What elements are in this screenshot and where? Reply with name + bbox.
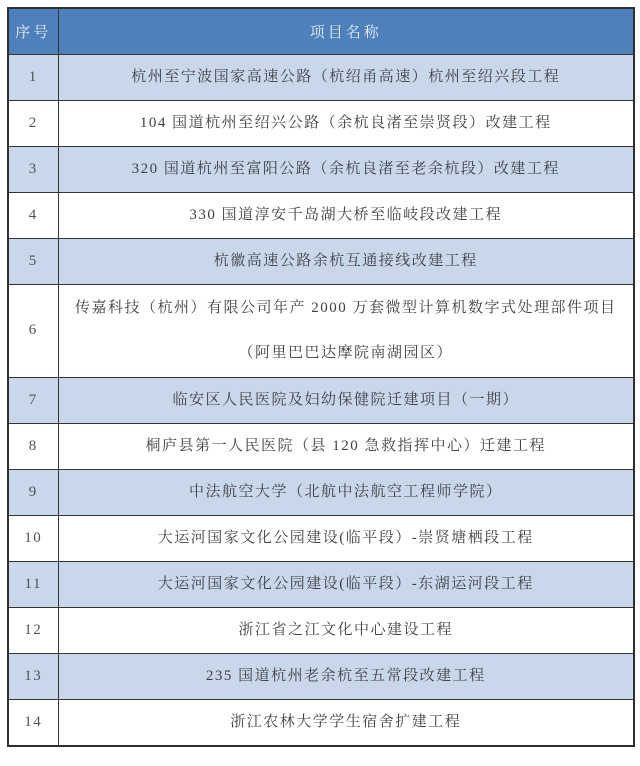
table-row: 9 中法航空大学（北航中法航空工程师学院） bbox=[8, 469, 634, 515]
row-number-cell: 12 bbox=[8, 607, 58, 653]
project-name-cell: 浙江农林大学学生宿舍扩建工程 bbox=[58, 699, 634, 746]
row-number-cell: 11 bbox=[8, 561, 58, 607]
project-name-cell: 杭州至宁波国家高速公路（杭绍甬高速）杭州至绍兴段工程 bbox=[58, 54, 634, 100]
table-row: 14 浙江农林大学学生宿舍扩建工程 bbox=[8, 699, 634, 746]
table-row: 12 浙江省之江文化中心建设工程 bbox=[8, 607, 634, 653]
table-row: 11 大运河国家文化公园建设(临平段）-东湖运河段工程 bbox=[8, 561, 634, 607]
table-row: 2 104 国道杭州至绍兴公路（余杭良渚至崇贤段）改建工程 bbox=[8, 100, 634, 146]
table-header-row: 序号 项目名称 bbox=[8, 8, 634, 54]
table-row: 4 330 国道淳安千岛湖大桥至临岐段改建工程 bbox=[8, 192, 634, 238]
row-number-cell: 8 bbox=[8, 423, 58, 469]
table-row: 7 临安区人民医院及妇幼保健院迁建项目（一期） bbox=[8, 377, 634, 423]
table-row: 10 大运河国家文化公园建设(临平段）-崇贤塘栖段工程 bbox=[8, 515, 634, 561]
row-number-cell: 5 bbox=[8, 238, 58, 284]
row-number-cell: 7 bbox=[8, 377, 58, 423]
row-number-cell: 1 bbox=[8, 54, 58, 100]
project-name-cell: 235 国道杭州老余杭至五常段改建工程 bbox=[58, 653, 634, 699]
project-name-cell: 大运河国家文化公园建设(临平段）-东湖运河段工程 bbox=[58, 561, 634, 607]
table-row: 13 235 国道杭州老余杭至五常段改建工程 bbox=[8, 653, 634, 699]
project-name-cell: 桐庐县第一人民医院（县 120 急救指挥中心）迁建工程 bbox=[58, 423, 634, 469]
row-number-cell: 10 bbox=[8, 515, 58, 561]
project-name-cell: 104 国道杭州至绍兴公路（余杭良渚至崇贤段）改建工程 bbox=[58, 100, 634, 146]
row-number-cell: 2 bbox=[8, 100, 58, 146]
row-number-cell: 4 bbox=[8, 192, 58, 238]
table-row: 6 传嘉科技（杭州）有限公司年产 2000 万套微型计算机数字式处理部件项目（阿… bbox=[8, 284, 634, 377]
table-row: 1 杭州至宁波国家高速公路（杭绍甬高速）杭州至绍兴段工程 bbox=[8, 54, 634, 100]
project-name-cell: 中法航空大学（北航中法航空工程师学院） bbox=[58, 469, 634, 515]
project-name-cell: 大运河国家文化公园建设(临平段）-崇贤塘栖段工程 bbox=[58, 515, 634, 561]
table-row: 3 320 国道杭州至富阳公路（余杭良渚至老余杭段）改建工程 bbox=[8, 146, 634, 192]
document-page: 序号 项目名称 1 杭州至宁波国家高速公路（杭绍甬高速）杭州至绍兴段工程 2 1… bbox=[0, 0, 640, 766]
row-number-cell: 6 bbox=[8, 284, 58, 377]
column-header-project-name: 项目名称 bbox=[58, 8, 634, 54]
projects-table: 序号 项目名称 1 杭州至宁波国家高速公路（杭绍甬高速）杭州至绍兴段工程 2 1… bbox=[7, 7, 635, 747]
project-name-cell: 杭徽高速公路余杭互通接线改建工程 bbox=[58, 238, 634, 284]
project-name-cell: 320 国道杭州至富阳公路（余杭良渚至老余杭段）改建工程 bbox=[58, 146, 634, 192]
project-name-cell: 临安区人民医院及妇幼保健院迁建项目（一期） bbox=[58, 377, 634, 423]
project-name-cell: 浙江省之江文化中心建设工程 bbox=[58, 607, 634, 653]
row-number-cell: 3 bbox=[8, 146, 58, 192]
table-row: 8 桐庐县第一人民医院（县 120 急救指挥中心）迁建工程 bbox=[8, 423, 634, 469]
column-header-serial-number: 序号 bbox=[8, 8, 58, 54]
row-number-cell: 9 bbox=[8, 469, 58, 515]
project-name-cell: 传嘉科技（杭州）有限公司年产 2000 万套微型计算机数字式处理部件项目（阿里巴… bbox=[58, 284, 634, 377]
row-number-cell: 14 bbox=[8, 699, 58, 746]
project-name-cell: 330 国道淳安千岛湖大桥至临岐段改建工程 bbox=[58, 192, 634, 238]
row-number-cell: 13 bbox=[8, 653, 58, 699]
table-row: 5 杭徽高速公路余杭互通接线改建工程 bbox=[8, 238, 634, 284]
